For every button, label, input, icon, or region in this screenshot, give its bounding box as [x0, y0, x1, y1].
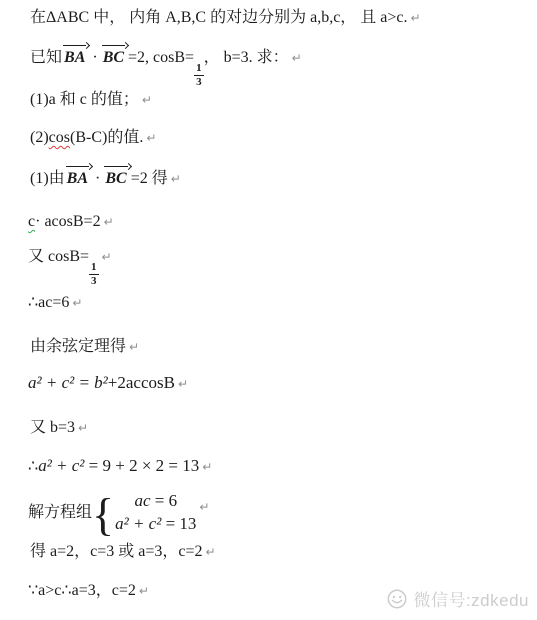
dot-operator: ·: [95, 170, 100, 187]
system-block: 解方程组{ac = 6a² + c² = 13↵: [28, 490, 209, 536]
equation-cacosb-line: c· acosB=2↵: [28, 212, 114, 232]
paragraph-mark: ↵: [142, 93, 152, 107]
paragraph-mark: ↵: [178, 377, 188, 391]
law-of-cosines-text: 由余弦定理得: [30, 338, 126, 355]
solutions-line: 得 a=2，c=3 或 a=3，c=2↵: [30, 542, 216, 562]
given-mid: =2, cosB=: [128, 49, 194, 66]
question-1-line: (1)a 和 c 的值；↵: [30, 90, 152, 110]
question-2-prefix: (2): [30, 129, 49, 146]
paragraph-mark: ↵: [102, 250, 112, 264]
system-of-equations-line: 解方程组{ac = 6a² + c² = 13↵: [28, 490, 209, 536]
fraction-one-third: 13: [89, 261, 99, 288]
formula-plain-part: +2accosB: [108, 373, 175, 392]
given-prefix: 已知: [30, 49, 62, 66]
given-suffix: ， b=3. 求：: [204, 49, 289, 66]
paragraph-mark: ↵: [292, 51, 302, 65]
paragraph-mark: ↵: [129, 340, 139, 354]
fraction-denominator: 3: [89, 275, 99, 288]
question-2-line: (2)cos(B-C)的值.↵: [30, 128, 156, 148]
paragraph-mark: ↵: [202, 460, 212, 474]
question-1-text: (1)a 和 c 的值；: [30, 91, 139, 108]
b-equals-3-text: 又 b=3: [30, 419, 75, 436]
equation-2-plain: = 13: [161, 514, 196, 533]
law-of-cosines-line: 由余弦定理得↵: [30, 337, 139, 357]
final-answer-text: ∵a>c∴a=3，c=2: [28, 582, 136, 599]
left-brace: {: [92, 495, 114, 534]
problem-text: 在ΔABC 中， 内角 A,B,C 的对边分别为 a,b,c， 且 a>c.: [30, 9, 408, 26]
paragraph-mark: ↵: [72, 296, 82, 310]
solution-step-1-line: (1)由BA·BC=2 得↵: [30, 165, 181, 189]
wechat-smiley-icon: [386, 588, 408, 610]
given-conditions-line: 已知BA·BC=2, cosB=13， b=3. 求：↵: [30, 44, 302, 89]
paragraph-mark: ↵: [146, 131, 156, 145]
equation-1: ac = 6: [134, 490, 177, 513]
vector-ba: BA: [66, 165, 91, 189]
solve-system-label: 解方程组: [28, 503, 92, 523]
problem-statement-line: 在ΔABC 中， 内角 A,B,C 的对边分别为 a,b,c， 且 a>c.↵: [30, 8, 421, 28]
equation-2-italic: a² + c²: [115, 514, 161, 533]
cosine-formula-line: a² + c² = b²+2accosB↵: [28, 372, 188, 393]
ac-equals-6-line: ∴ac=6↵: [28, 293, 82, 313]
therefore-symbol: ∴: [28, 458, 38, 475]
dot-operator: ·: [92, 49, 97, 66]
step-1-prefix: (1)由: [30, 170, 65, 187]
equation-2: a² + c² = 13: [115, 513, 196, 536]
vector-bc: BC: [104, 165, 129, 189]
formula-italic-part: a² + c² = b²: [28, 373, 108, 392]
paragraph-mark: ↵: [171, 172, 181, 186]
paragraph-mark: ↵: [104, 215, 114, 229]
fraction-one-third: 13: [194, 62, 204, 89]
cos-word-spellcheck: cos: [49, 129, 70, 146]
final-answer-line: ∵a>c∴a=3，c=2↵: [28, 581, 149, 601]
paragraph-mark: ↵: [139, 584, 149, 598]
cosb-prefix: 又 cosB=: [28, 248, 89, 265]
step-1-suffix: =2 得: [131, 170, 168, 187]
question-2-suffix: (B-C)的值.: [70, 129, 143, 146]
b-equals-3-line: 又 b=3↵: [30, 418, 88, 438]
vector-ba: BA: [63, 44, 88, 68]
paragraph-mark: ↵: [411, 11, 421, 25]
equations-stack: ac = 6a² + c² = 13: [115, 490, 196, 536]
paragraph-mark: ↵: [206, 545, 216, 559]
equation-1-italic: ac: [134, 491, 150, 510]
vector-bc: BC: [102, 44, 127, 68]
equation-rest: · acosB=2: [35, 213, 100, 230]
watermark: 微信号:zdkedu: [386, 586, 529, 611]
paragraph-mark: ↵: [78, 421, 88, 435]
sum-of-squares-line: ∴a² + c² = 9 + 2 × 2 = 13↵: [28, 455, 212, 477]
solutions-text: 得 a=2，c=3 或 a=3，c=2: [30, 543, 203, 560]
cosb-value-line: 又 cosB=13↵: [28, 247, 112, 288]
ac-equals-6-text: ∴ac=6: [28, 294, 69, 311]
sum-plain-part: = 9 + 2 × 2 = 13: [84, 456, 199, 475]
document-page: { "page": { "background": "#ffffff", "te…: [0, 0, 537, 620]
fraction-denominator: 3: [194, 76, 204, 89]
fraction-numerator: 1: [89, 261, 99, 275]
equation-1-plain: = 6: [150, 491, 177, 510]
watermark-text: 微信号:zdkedu: [413, 586, 529, 611]
fraction-numerator: 1: [194, 62, 204, 76]
paragraph-mark: ↵: [199, 500, 209, 515]
sum-italic-part: a² + c²: [38, 456, 84, 475]
